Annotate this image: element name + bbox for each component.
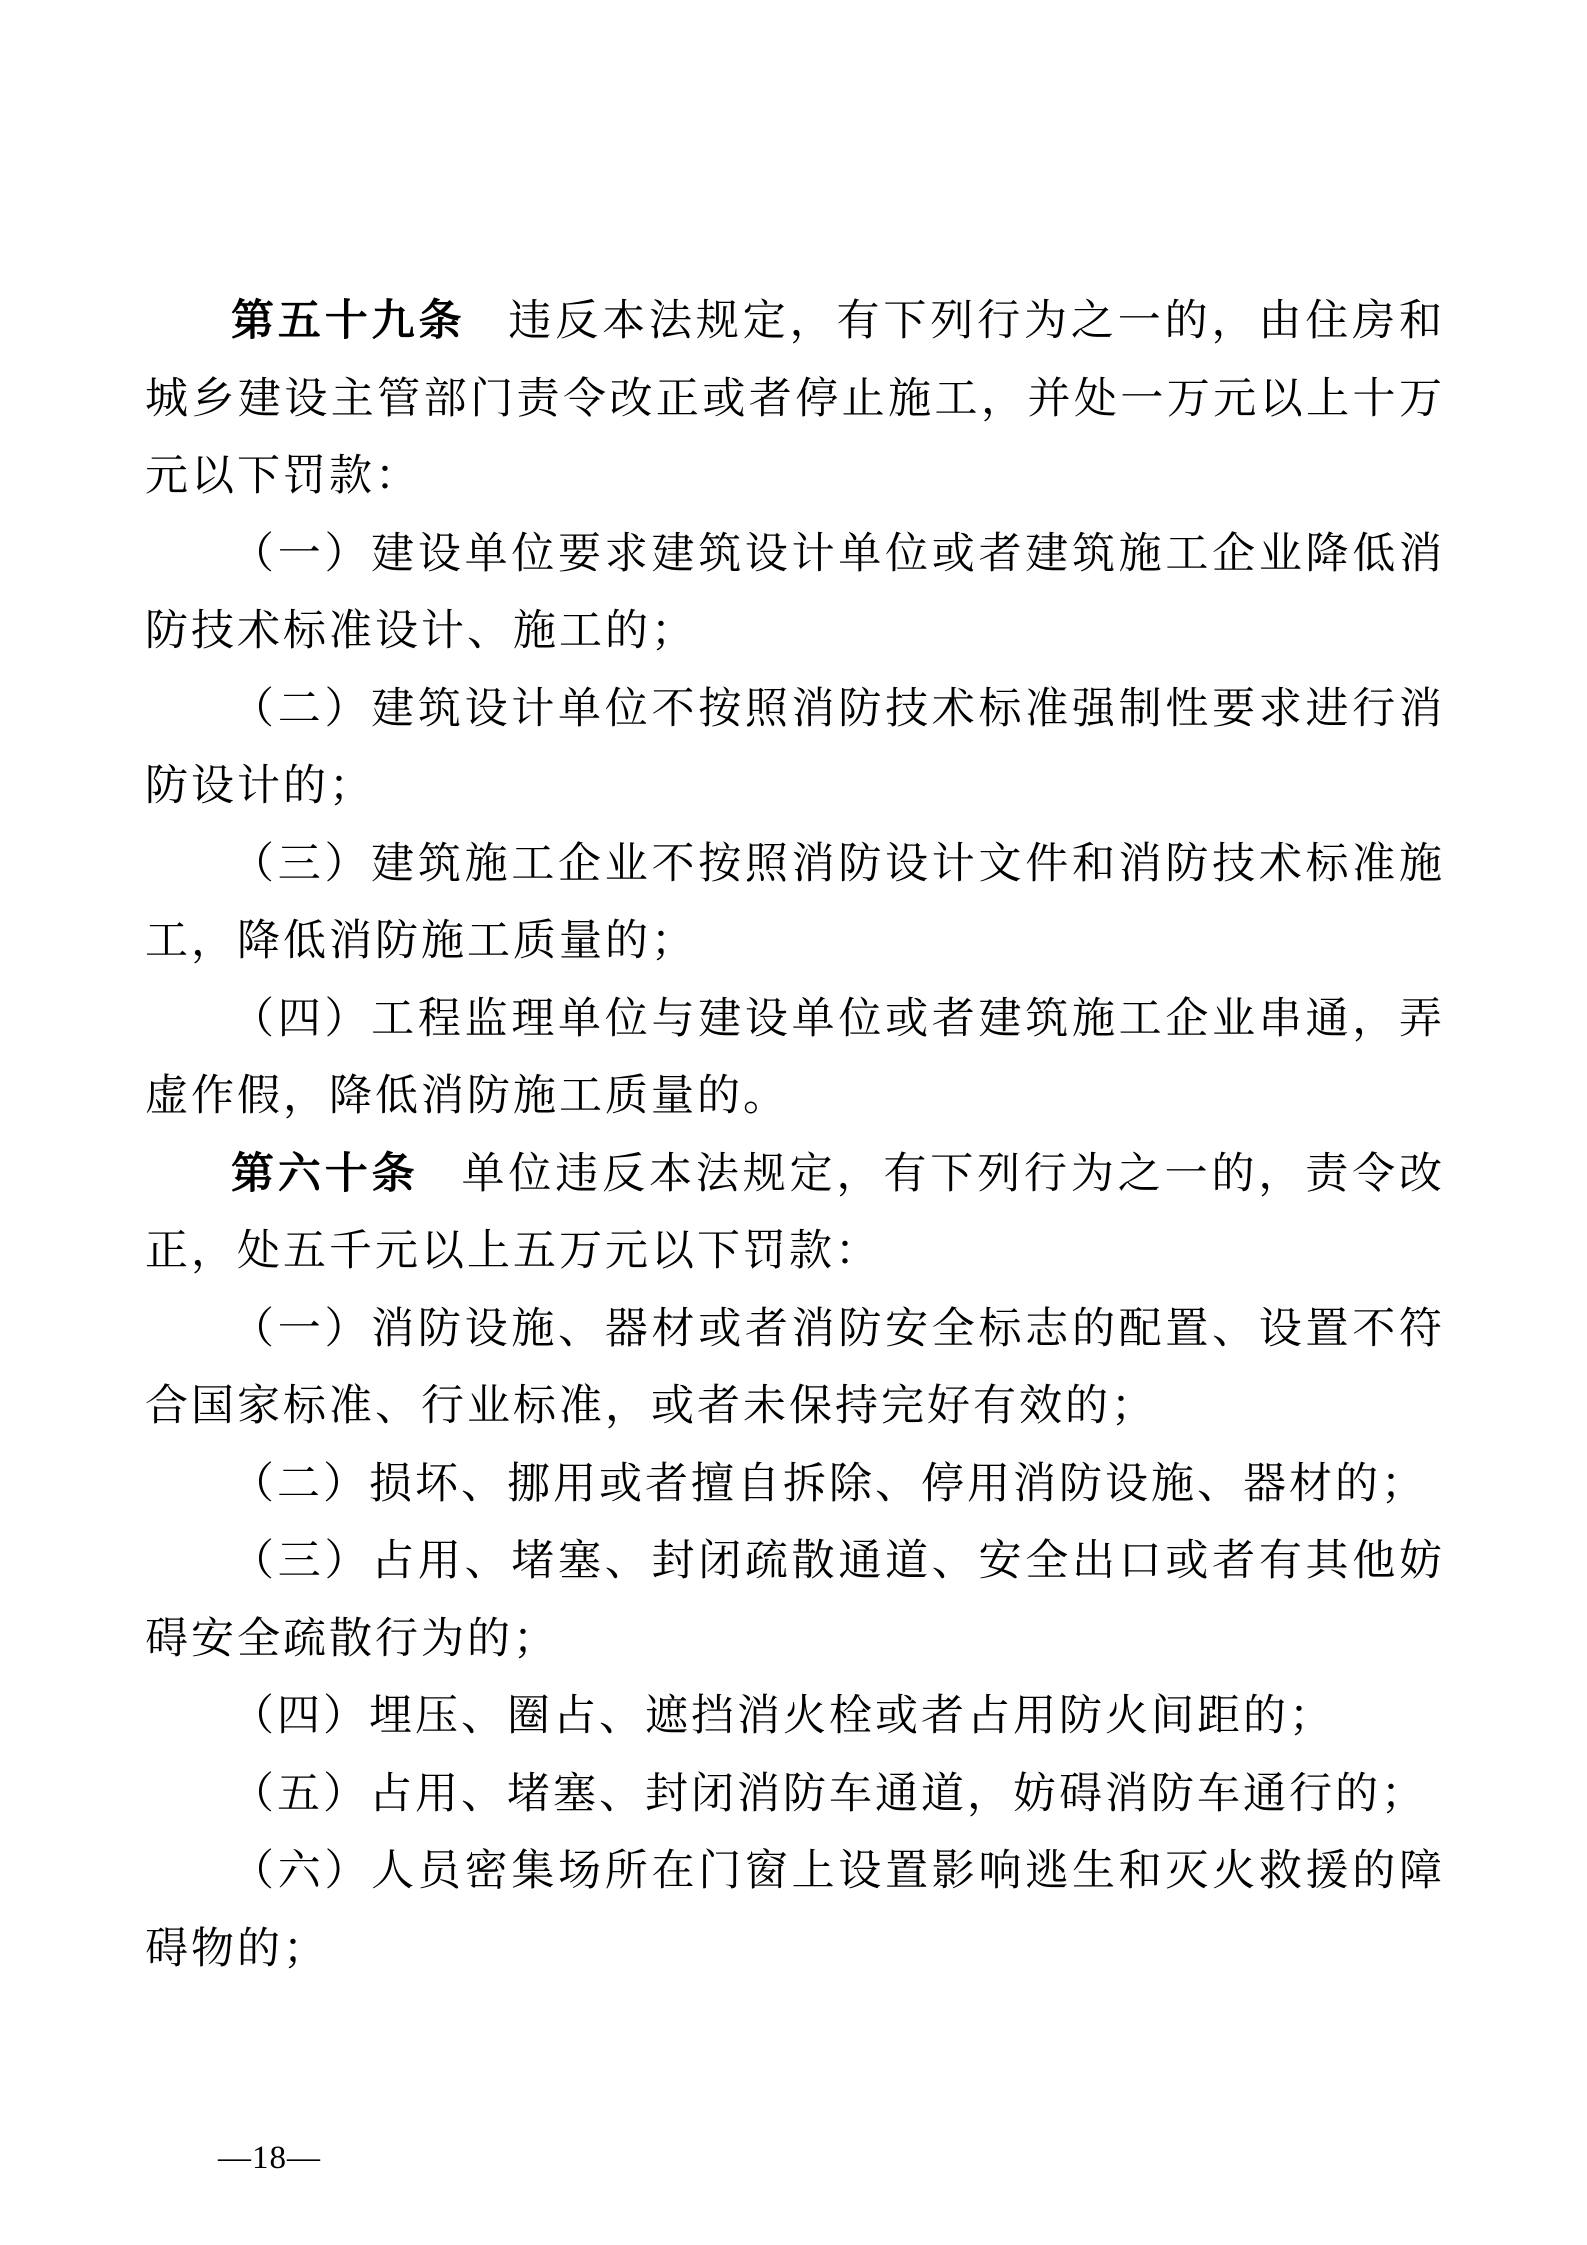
document-body: 第五十九条违反本法规定，有下列行为之一的，由住房和城乡建设主管部门责令改正或者停…: [145, 283, 1445, 1988]
article-60-opening-paragraph: 第六十条单位违反本法规定，有下列行为之一的，责令改正，处五千元以上五万元以下罚款…: [145, 1136, 1445, 1291]
article-60-item-3: （三）占用、堵塞、封闭疏散通道、安全出口或者有其他妨碍安全疏散行为的；: [145, 1523, 1445, 1678]
page-number: —18—: [218, 2140, 321, 2177]
article-60-item-4: （四）埋压、圈占、遮挡消火栓或者占用防火间距的；: [145, 1678, 1445, 1756]
article-59-item-2: （二）建筑设计单位不按照消防技术标准强制性要求进行消防设计的；: [145, 671, 1445, 826]
article-59-item-1: （一）建设单位要求建筑设计单位或者建筑施工企业降低消防技术标准设计、施工的；: [145, 516, 1445, 671]
article-60-item-6: （六）人员密集场所在门窗上设置影响逃生和灭火救援的障碍物的；: [145, 1833, 1445, 1988]
article-60-heading: 第六十条: [231, 1150, 419, 1198]
article-60-item-2: （二）损坏、挪用或者擅自拆除、停用消防设施、器材的；: [145, 1446, 1445, 1524]
article-60-item-5: （五）占用、堵塞、封闭消防车通道，妨碍消防车通行的；: [145, 1756, 1445, 1834]
article-59-item-4: （四）工程监理单位与建设单位或者建筑施工企业串通，弄虚作假，降低消防施工质量的。: [145, 981, 1445, 1136]
article-59-item-3: （三）建筑施工企业不按照消防设计文件和消防技术标准施工，降低消防施工质量的；: [145, 826, 1445, 981]
article-59-heading: 第五十九条: [231, 297, 465, 345]
article-60-item-1: （一）消防设施、器材或者消防安全标志的配置、设置不符合国家标准、行业标准，或者未…: [145, 1291, 1445, 1446]
article-59-opening-paragraph: 第五十九条违反本法规定，有下列行为之一的，由住房和城乡建设主管部门责令改正或者停…: [145, 283, 1445, 516]
document-page: 第五十九条违反本法规定，有下列行为之一的，由住房和城乡建设主管部门责令改正或者停…: [0, 0, 1587, 2245]
